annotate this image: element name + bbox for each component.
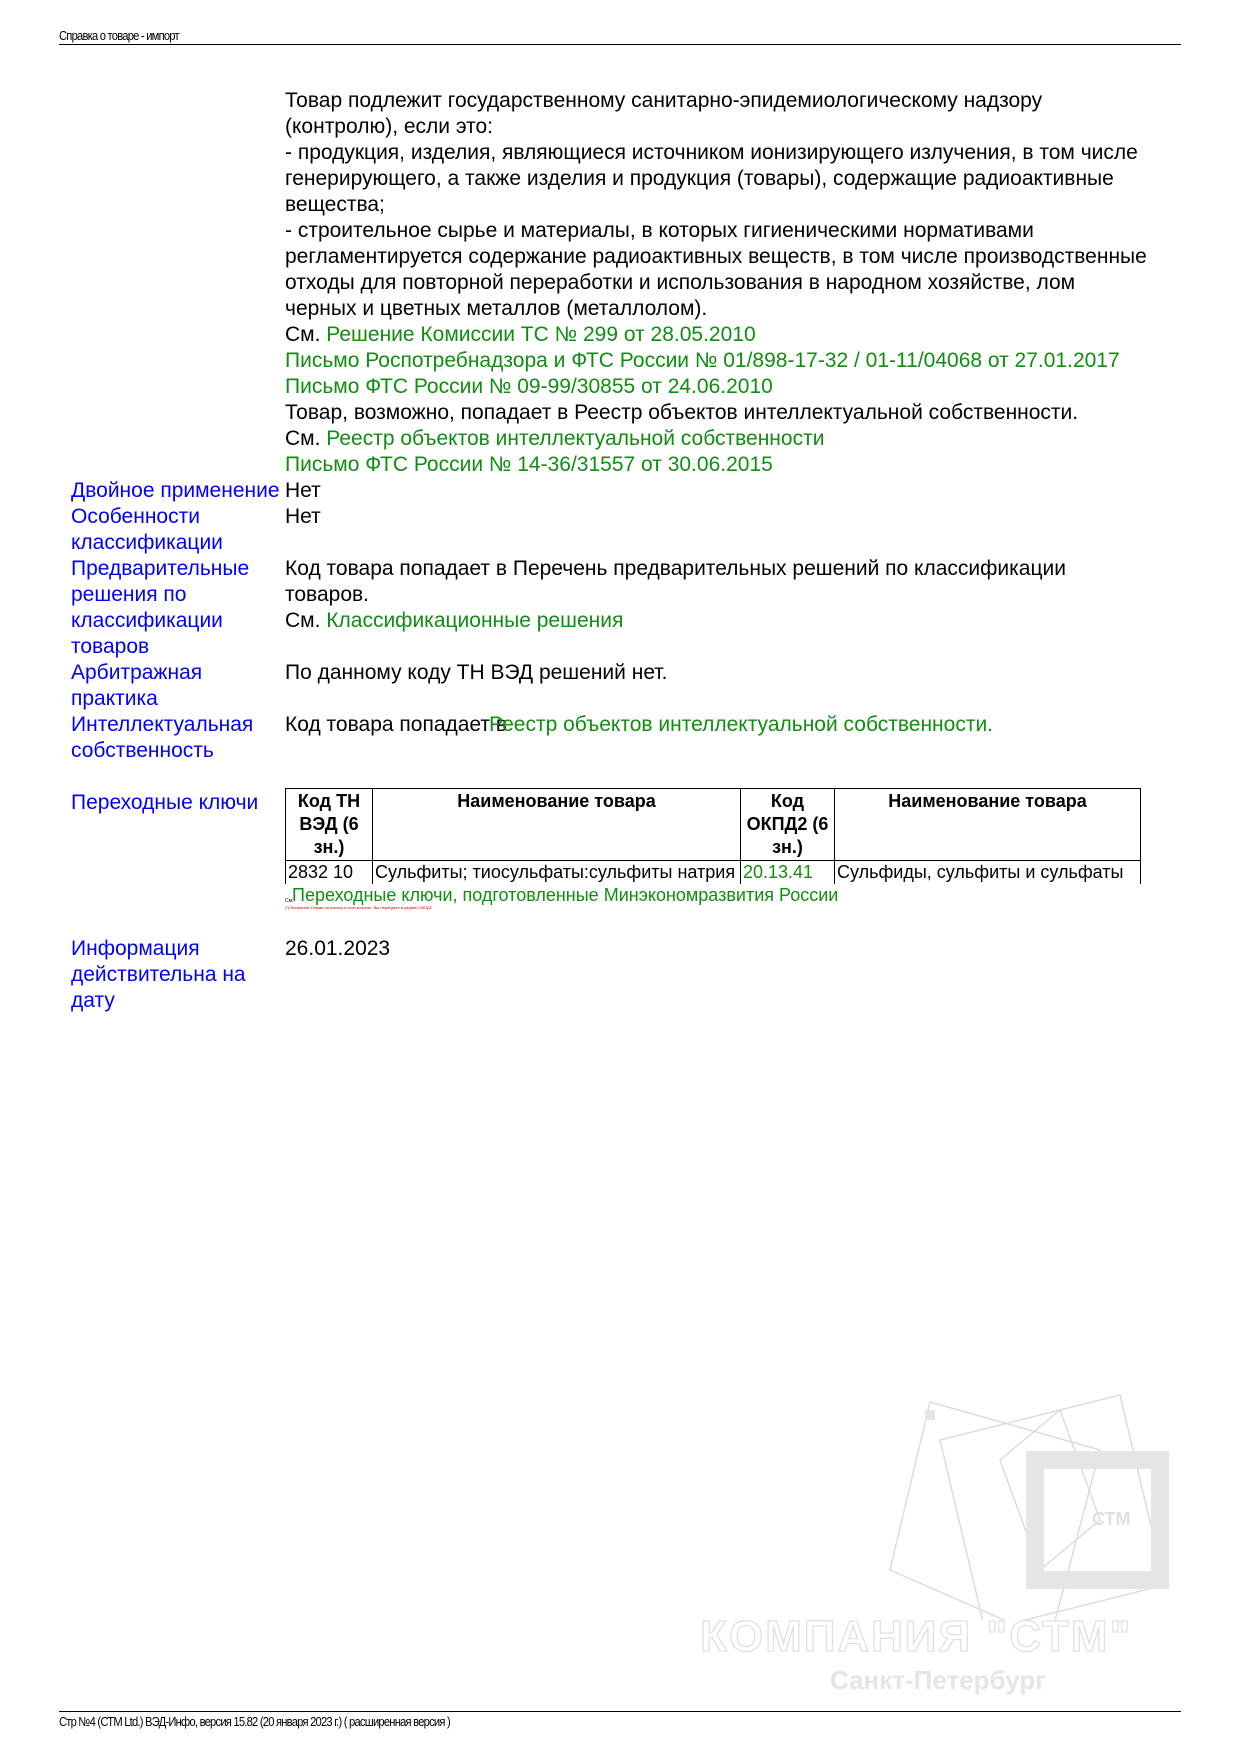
field-label: Предварительные решения по классификации… bbox=[71, 556, 285, 660]
field-dual-use: Двойное применение Нет bbox=[71, 478, 1231, 504]
field-classification: Особенности классификации Нет bbox=[71, 504, 1231, 556]
field-label: Особенности классификации bbox=[71, 504, 285, 556]
field-value: Код товара попадает в bbox=[285, 713, 507, 736]
field-intellectual-property: Интеллектуальная собственность Код товар… bbox=[71, 712, 1231, 764]
table-header-row: Код ТН ВЭД (6 зн.) Наименование товара К… bbox=[286, 789, 1141, 861]
svg-text:СТМ: СТМ bbox=[1092, 1509, 1131, 1529]
table-row: 2832 10 Сульфиты; тиосульфаты:сульфиты н… bbox=[286, 861, 1141, 885]
field-value: Нет bbox=[285, 504, 1231, 556]
link-fts-letter-09-99[interactable]: Письмо ФТС России № 09-99/30855 от 24.06… bbox=[285, 374, 1231, 400]
link-ip-registry[interactable]: Реестр объектов интеллектуальной собстве… bbox=[326, 427, 824, 450]
link-classification-decisions[interactable]: Классификационные решения bbox=[326, 609, 623, 632]
intro-line: Товар подлежит государственному санитарн… bbox=[285, 88, 1231, 114]
intro-line: генерирующего, а также изделия и продукц… bbox=[285, 166, 1231, 192]
intro-line: - строительное сырье и материалы, в кото… bbox=[285, 218, 1231, 244]
intro-line: черных и цветных металлов (металлолом). bbox=[285, 296, 1231, 322]
link-ip-registry-2[interactable]: Реестр объектов интеллектуальной собстве… bbox=[489, 713, 993, 736]
field-label: Арбитражная практика bbox=[71, 660, 285, 712]
field-label: Двойное применение bbox=[71, 478, 285, 504]
see-prefix: См. bbox=[285, 427, 320, 450]
column-header: Код ТН ВЭД (6 зн.) bbox=[286, 789, 373, 861]
field-label: Переходные ключи bbox=[71, 788, 285, 906]
intro-line: вещества; bbox=[285, 192, 1231, 218]
cell-tnved-name: Сульфиты; тиосульфаты:сульфиты натрия bbox=[373, 861, 741, 885]
see-prefix: См. bbox=[285, 609, 320, 632]
link-transition-keys-mineconomy[interactable]: Переходные ключи, подготовленные Минэкон… bbox=[292, 885, 838, 905]
sanitary-control-section: Товар подлежит государственному санитарн… bbox=[71, 88, 1231, 478]
document-body: Товар подлежит государственному санитарн… bbox=[71, 88, 1231, 1014]
field-arbitration: Арбитражная практика По данному коду ТН … bbox=[71, 660, 1231, 712]
field-value: 26.01.2023 bbox=[285, 936, 1231, 1014]
link-decision-299[interactable]: Решение Комиссии ТС № 299 от 28.05.2010 bbox=[326, 323, 755, 346]
intro-line: регламентируется содержание радиоактивны… bbox=[285, 244, 1231, 270]
document-title: Справка о товаре - импорт bbox=[59, 28, 179, 44]
cell-tnved-code: 2832 10 bbox=[286, 861, 373, 885]
field-value: Нет bbox=[285, 478, 1231, 504]
page-header: Справка о товаре - импорт bbox=[59, 28, 1181, 45]
see-prefix: См. bbox=[285, 323, 320, 346]
stm-logo-icon: СТМ bbox=[700, 1390, 1180, 1620]
intro-line: (контролю), если это: bbox=[285, 114, 1231, 140]
transition-keys-table: Код ТН ВЭД (6 зн.) Наименование товара К… bbox=[285, 788, 1141, 884]
intro-line: - продукция, изделия, являющиеся источни… bbox=[285, 140, 1231, 166]
column-header: Наименование товара bbox=[373, 789, 741, 861]
transition-keys-note: См. Переходные ключи, подготовленные Мин… bbox=[285, 884, 1231, 906]
okpd2-warning-note: (*) Внимание! Нажав на ссылку в этой кол… bbox=[285, 905, 432, 910]
field-preliminary-decisions: Предварительные решения по классификации… bbox=[71, 556, 1231, 660]
footer-text: Стр №4 (СТМ Ltd.) ВЭД-Инфо, версия 15.82… bbox=[59, 1713, 450, 1730]
cell-okpd2-code-link[interactable]: 20.13.41 bbox=[741, 861, 835, 885]
field-valid-date: Информация действительна на дату 26.01.2… bbox=[71, 936, 1231, 1014]
cell-okpd2-name: Сульфиды, сульфиты и сульфаты bbox=[835, 861, 1141, 885]
field-label: Интеллектуальная собственность bbox=[71, 712, 285, 764]
field-label: Информация действительна на дату bbox=[71, 936, 285, 1014]
field-value: По данному коду ТН ВЭД решений нет. bbox=[285, 660, 1231, 712]
page-footer: Стр №4 (СТМ Ltd.) ВЭД-Инфо, версия 15.82… bbox=[59, 1711, 1181, 1730]
link-rospotrebnadzor-letter[interactable]: Письмо Роспотребнадзора и ФТС России № 0… bbox=[285, 348, 1231, 374]
link-fts-letter-14-36[interactable]: Письмо ФТС России № 14-36/31557 от 30.06… bbox=[285, 452, 1231, 478]
ip-note: Товар, возможно, попадает в Реестр объек… bbox=[285, 400, 1231, 426]
watermark-subtitle: Санкт-Петербург bbox=[830, 1665, 1046, 1696]
watermark-title: КОМПАНИЯ "СТМ" bbox=[700, 1612, 1132, 1662]
column-header: Код ОКПД2 (6 зн.) bbox=[741, 789, 835, 861]
intro-line: отходы для повторной переработки и испол… bbox=[285, 270, 1231, 296]
company-watermark: СТМ КОМПАНИЯ "СТМ" Санкт-Петербург bbox=[700, 1390, 1180, 1690]
field-transition-keys: Переходные ключи Код ТН ВЭД (6 зн.) Наим… bbox=[71, 788, 1231, 906]
field-value: Код товара попадает в Перечень предварит… bbox=[285, 556, 1151, 608]
column-header: Наименование товара bbox=[835, 789, 1141, 861]
